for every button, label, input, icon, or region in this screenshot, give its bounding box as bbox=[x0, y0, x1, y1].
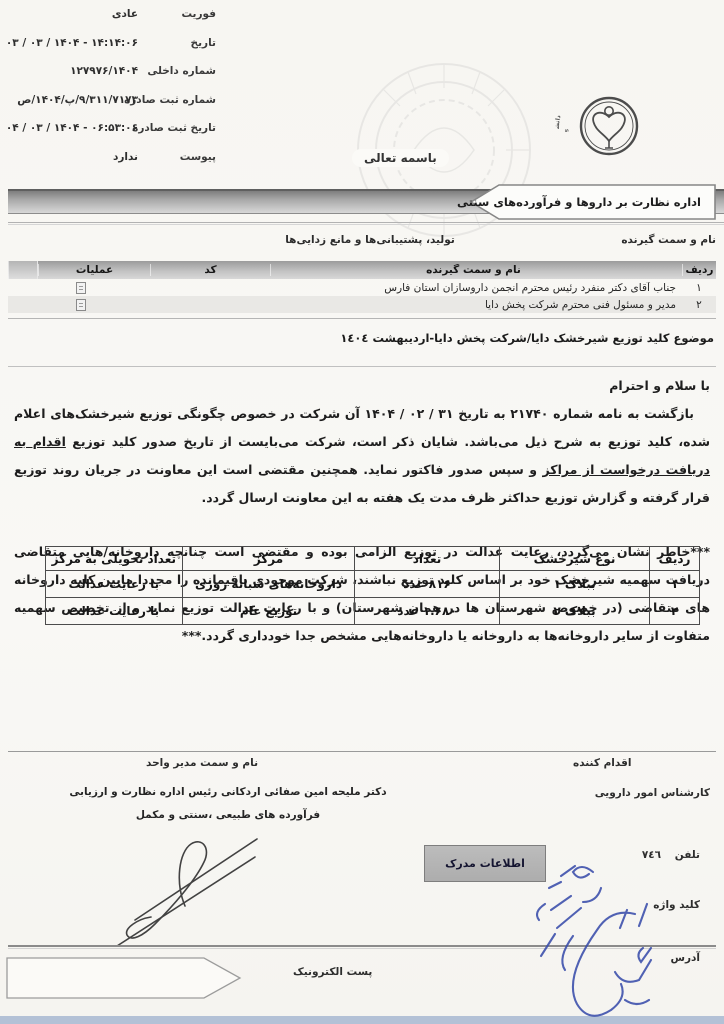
urgency-label: فوریت bbox=[181, 8, 216, 20]
dist-quantity: ۸۱۶ عدد bbox=[355, 571, 500, 598]
distribution-row: ۲ ببلاک ۲ ۱.۶۸۰ عدد توزیع عام با رعایت ع… bbox=[45, 598, 699, 625]
recipient-name: جناب آقای دکتر منفرد رئیس محترم انجمن دا… bbox=[270, 282, 682, 294]
metadata-row-issued-date: تاریخ ثبت صادره ۰۶:۵۳:۰۶ - ۱۴۰۴ / ۰۳ / ۰… bbox=[0, 116, 216, 145]
metadata-row-attachment: پیوست ندارد bbox=[0, 145, 216, 174]
besmele-heading: باسمه تعالی bbox=[352, 149, 449, 167]
recipient-actions-cell bbox=[38, 299, 150, 311]
dist-row-no: ۲ bbox=[650, 598, 700, 625]
university-seal-logo: دانشگاه علوم پزشکی و خدمات بهداشتی درمان… bbox=[545, 64, 673, 174]
recipients-table-header: ردیف نام و سمت گیرنده کد عملیات bbox=[8, 261, 716, 279]
dist-delivered: با رعایت عدالت bbox=[45, 598, 182, 625]
metadata-row-urgency: فوریت عادی bbox=[0, 2, 216, 31]
recipient-actions-cell bbox=[38, 282, 150, 294]
dist-milk-type: ببلاک ۲ bbox=[500, 598, 650, 625]
dist-col-center: مرکز bbox=[183, 547, 355, 571]
actor-label: اقدام کننده bbox=[573, 757, 631, 769]
letter-metadata: فوریت عادی تاریخ ۱۴:۱۴:۰۶ - ۱۴۰۴ / ۰۳ / … bbox=[0, 2, 216, 174]
dist-delivered: با رعایت عدالت bbox=[45, 571, 182, 598]
blue-handwriting-ink bbox=[475, 852, 685, 1020]
divider bbox=[8, 318, 716, 319]
recipient-row-no: ۱ bbox=[682, 282, 716, 294]
recipient-stub bbox=[8, 296, 38, 313]
date-label: تاریخ bbox=[191, 37, 216, 49]
dist-row-no: ۱ bbox=[650, 571, 700, 598]
actor-value: کارشناس امور دارویی bbox=[595, 787, 710, 799]
attachment-value: ندارد bbox=[113, 151, 138, 163]
divider bbox=[8, 366, 716, 367]
metadata-row-date: تاریخ ۱۴:۱۴:۰۶ - ۱۴۰۴ / ۰۳ / ۰۳ bbox=[0, 31, 216, 60]
issued-date-value: ۰۶:۵۳:۰۶ - ۱۴۰۴ / ۰۳ / ۰۴ bbox=[6, 122, 138, 134]
recipient-section-caption: نام و سمت گیرنده bbox=[621, 234, 716, 246]
office-banner-label: اداره نظارت بر داروها و فرآورده‌های سنتی bbox=[468, 182, 718, 222]
dist-quantity: ۱.۶۸۰ عدد bbox=[355, 598, 500, 625]
seal-persian-arc-text: دانشگاه علوم پزشکی و خدمات بهداشتی درمان… bbox=[545, 64, 562, 130]
recipient-row: ۲ مدیر و مسئول فنی محترم شرکت پخش دایا bbox=[8, 296, 716, 313]
recipient-stub bbox=[8, 279, 38, 296]
internal-no-label: شماره داخلی bbox=[147, 65, 216, 77]
dist-center: داروخانه‌های شبانه روزی bbox=[183, 571, 355, 598]
dist-milk-type: ببلاک ۱ bbox=[500, 571, 650, 598]
document-action-icon[interactable] bbox=[76, 299, 86, 311]
divider bbox=[8, 751, 716, 752]
date-value: ۱۴:۱۴:۰۶ - ۱۴۰۴ / ۰۳ / ۰۳ bbox=[6, 37, 138, 49]
svg-text:دانشگاه علوم پزشکی و خدمات بهد: دانشگاه علوم پزشکی و خدمات بهداشتی درمان… bbox=[545, 64, 562, 130]
scanned-letter-page: فوریت عادی تاریخ ۱۴:۱۴:۰۶ - ۱۴۰۴ / ۰۳ / … bbox=[0, 0, 724, 1024]
issued-date-label: تاریخ ثبت صادره bbox=[132, 122, 216, 134]
col-header-row-no: ردیف bbox=[682, 264, 716, 276]
recipient-name: مدیر و مسئول فنی محترم شرکت پخش دایا bbox=[270, 299, 682, 311]
urgency-value: عادی bbox=[112, 8, 138, 20]
document-action-icon[interactable] bbox=[76, 282, 86, 294]
handwritten-signature-ink bbox=[105, 818, 300, 958]
office-banner: اداره نظارت بر داروها و فرآورده‌های سنتی bbox=[468, 182, 718, 222]
p1-text-a: بازگشت به نامه شماره ۲۱۷۴۰ به تاریخ ۳۱ /… bbox=[14, 406, 710, 449]
col-header-name: نام و سمت گیرنده bbox=[270, 264, 682, 276]
issued-no-value: ۹/۳۱۱/۷۱۷۳/پ/۱۴۰۴/ص bbox=[17, 94, 138, 106]
dist-col-milk-type: نوع شیرخشک bbox=[500, 547, 650, 571]
col-header-actions: عملیات bbox=[38, 264, 150, 276]
recipient-row-no: ۲ bbox=[682, 299, 716, 311]
year-slogan: تولید، پشتیبانی‌ها و مانع زدایی‌ها bbox=[250, 234, 490, 246]
col-header-stub bbox=[8, 261, 38, 279]
subject-line: موضوع کلید توزیع شیرخشک دایا/شرکت پخش دا… bbox=[340, 331, 714, 345]
dist-col-quantity: تعداد bbox=[355, 547, 500, 571]
distribution-table: ردیف نوع شیرخشک تعداد مرکز تعداد تحویلی … bbox=[45, 546, 700, 625]
body-paragraph-1: بازگشت به نامه شماره ۲۱۷۴۰ به تاریخ ۳۱ /… bbox=[14, 400, 710, 512]
address-banner-outline bbox=[6, 955, 244, 1001]
col-header-code: کد bbox=[150, 264, 270, 276]
email-label: پست الکترونیک bbox=[293, 966, 372, 978]
dist-col-row-no: ردیف bbox=[650, 547, 700, 571]
distribution-header-row: ردیف نوع شیرخشک تعداد مرکز تعداد تحویلی … bbox=[45, 547, 699, 571]
internal-no-value: ۱۲۷۹۷۶/۱۴۰۴ bbox=[70, 65, 138, 77]
metadata-row-internal-no: شماره داخلی ۱۲۷۹۷۶/۱۴۰۴ bbox=[0, 59, 216, 88]
dist-col-delivered: تعداد تحویلی به مرکز bbox=[45, 547, 182, 571]
distribution-row: ۱ ببلاک ۱ ۸۱۶ عدد داروخانه‌های شبانه روز… bbox=[45, 571, 699, 598]
ribbon-subline bbox=[8, 222, 724, 225]
recipient-row: ۱ جناب آقای دکتر منفرد رئیس محترم انجمن … bbox=[8, 279, 716, 296]
recipients-table: ردیف نام و سمت گیرنده کد عملیات ۱ جناب آ… bbox=[8, 261, 716, 313]
unit-manager-label: نام و سمت مدیر واحد bbox=[146, 757, 258, 769]
metadata-row-issued-no: شماره ثبت صادره ۹/۳۱۱/۷۱۷۳/پ/۱۴۰۴/ص bbox=[0, 88, 216, 117]
salutation: با سلام و احترام bbox=[14, 372, 710, 400]
attachment-label: پیوست bbox=[180, 151, 216, 163]
dist-center: توزیع عام bbox=[183, 598, 355, 625]
